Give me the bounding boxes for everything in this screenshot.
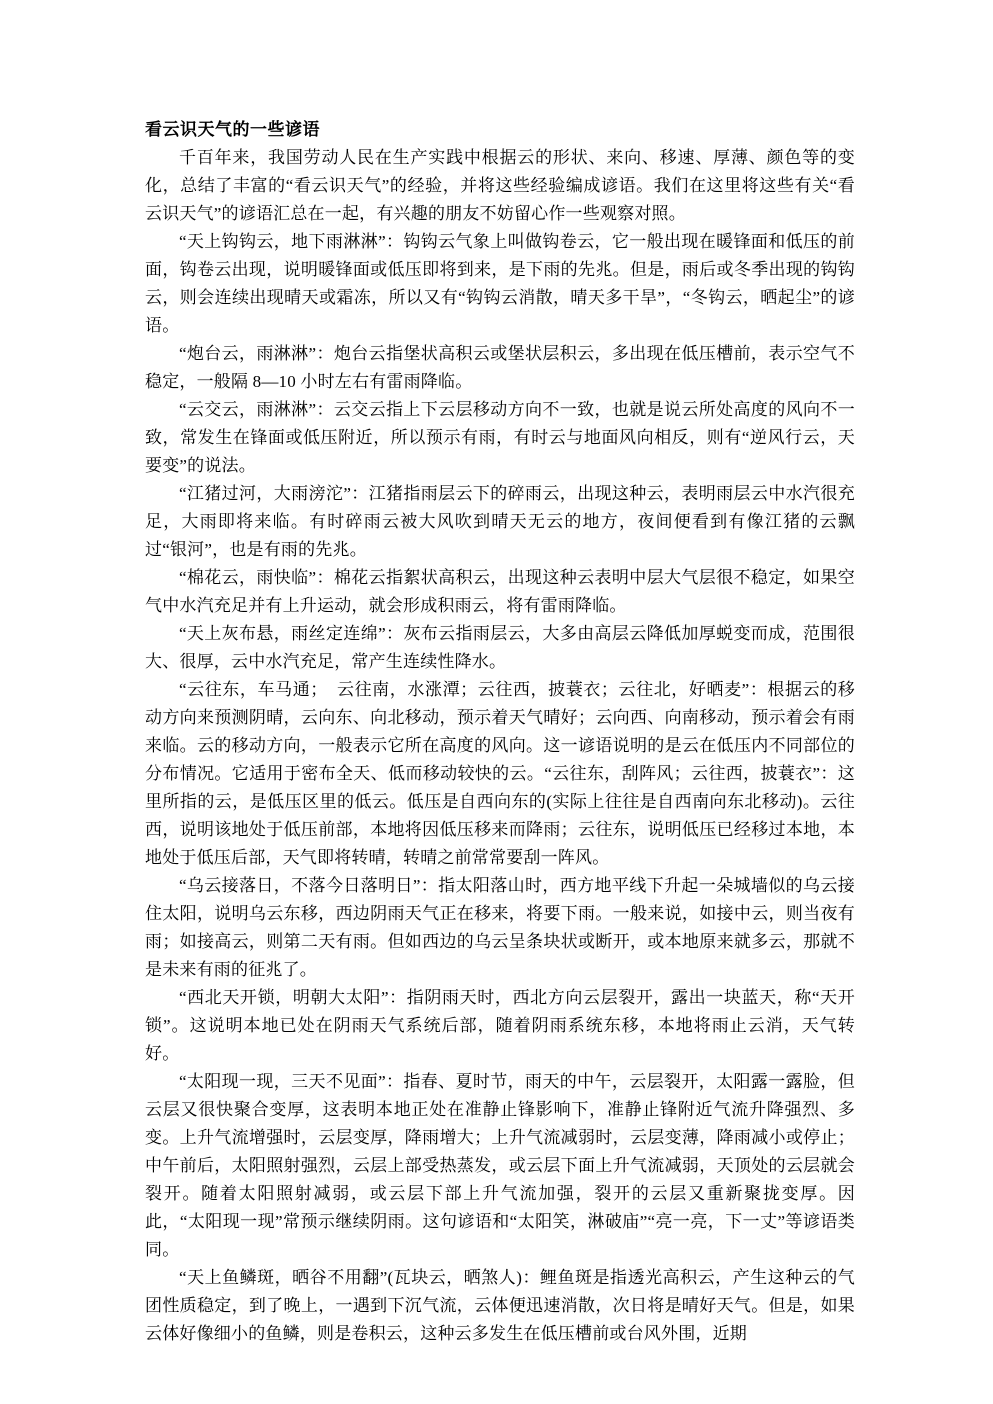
document-page: 看云识天气的一些谚语 千百年来，我国劳动人民在生产实践中根据云的形状、来向、移速… bbox=[0, 0, 993, 1404]
paragraph: “云交云，雨淋淋”：云交云指上下云层移动方向不一致，也就是说云所处高度的风向不一… bbox=[145, 396, 855, 480]
paragraph: “乌云接落日，不落今日落明日”：指太阳落山时，西方地平线下升起一朵城墙似的乌云接… bbox=[145, 872, 855, 984]
paragraph: “天上鱼鳞斑，晒谷不用翻”(瓦块云，晒煞人)：鲤鱼斑是指透光高积云，产生这种云的… bbox=[145, 1264, 855, 1348]
document-body: 千百年来，我国劳动人民在生产实践中根据云的形状、来向、移速、厚薄、颜色等的变化，… bbox=[145, 144, 855, 1348]
paragraph: “炮台云，雨淋淋”：炮台云指堡状高积云或堡状层积云，多出现在低压槽前，表示空气不… bbox=[145, 340, 855, 396]
paragraph: “云往东，车马通； 云往南，水涨潭；云往西，披蓑衣；云往北，好晒麦”：根据云的移… bbox=[145, 676, 855, 872]
paragraph: “天上灰布悬，雨丝定连绵”：灰布云指雨层云，大多由高层云降低加厚蜕变而成，范围很… bbox=[145, 620, 855, 676]
document-title: 看云识天气的一些谚语 bbox=[145, 116, 855, 144]
paragraph: “西北天开锁，明朝大太阳”：指阴雨天时，西北方向云层裂开，露出一块蓝天，称“天开… bbox=[145, 984, 855, 1068]
paragraph: 千百年来，我国劳动人民在生产实践中根据云的形状、来向、移速、厚薄、颜色等的变化，… bbox=[145, 144, 855, 228]
paragraph: “天上钩钩云，地下雨淋淋”：钩钩云气象上叫做钩卷云，它一般出现在暖锋面和低压的前… bbox=[145, 228, 855, 340]
paragraph: “太阳现一现，三天不见面”：指春、夏时节，雨天的中午，云层裂开，太阳露一露脸，但… bbox=[145, 1068, 855, 1264]
paragraph: “棉花云，雨快临”：棉花云指絮状高积云，出现这种云表明中层大气层很不稳定，如果空… bbox=[145, 564, 855, 620]
paragraph: “江猪过河，大雨滂沱”：江猪指雨层云下的碎雨云，出现这种云，表明雨层云中水汽很充… bbox=[145, 480, 855, 564]
